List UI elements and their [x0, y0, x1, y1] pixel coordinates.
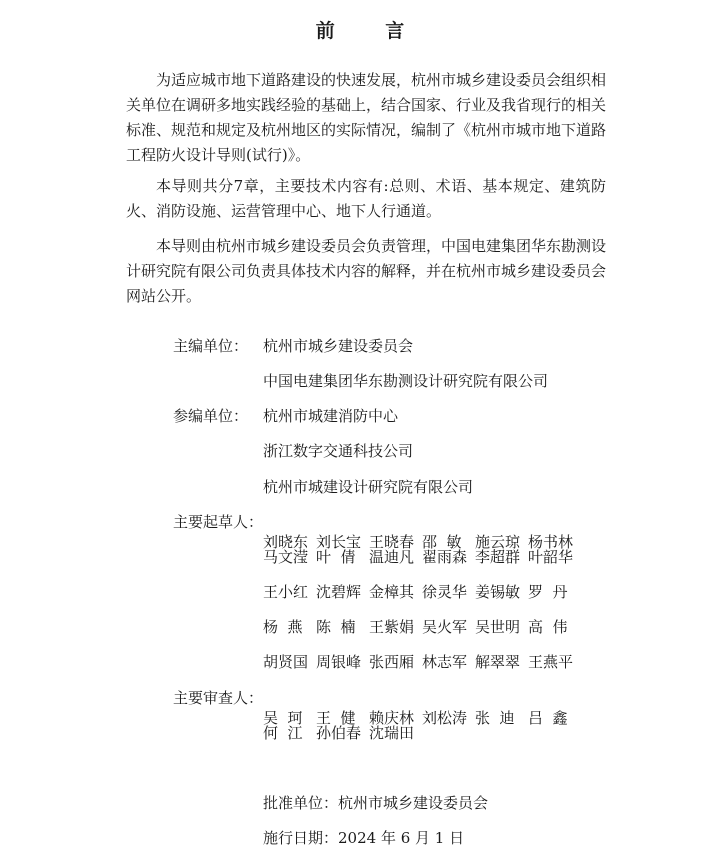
person-name: 马文滢 [263, 547, 316, 567]
participating-unit: 杭州市城建消防中心 [263, 406, 398, 426]
person-name: 吴世明 [475, 617, 528, 637]
preface-paragraph-3: 本导则由杭州市城乡建设委员会负责管理，中国电建集团华东勘测设计研究院有限公司负责… [126, 234, 606, 309]
person-name: 刘松涛 [422, 708, 475, 728]
person-name: 周银峰 [316, 652, 369, 672]
person-name: 解翠翠 [475, 652, 528, 672]
person-name: 王燕平 [528, 652, 581, 672]
person-name: 叶 倩 [316, 547, 369, 567]
person-name: 温迪凡 [369, 547, 422, 567]
person-name: 王紫娟 [369, 617, 422, 637]
person-name: 罗 丹 [528, 582, 581, 602]
chief-unit: 杭州市城乡建设委员会 [263, 336, 413, 356]
person-name: 徐灵华 [422, 582, 475, 602]
person-name: 王小红 [263, 582, 316, 602]
drafters-label: 主要起草人： [173, 512, 263, 532]
person-name: 李超群 [475, 547, 528, 567]
person-name: 孙伯春 [316, 723, 369, 743]
person-name: 叶韶华 [528, 547, 581, 567]
participating-units-row: 参编单位： 杭州市城建消防中心 [173, 406, 263, 426]
reviewers-row: 主要审查人：吴 珂王 健赖庆林刘松涛张 迪吕 鑫 [173, 688, 263, 708]
person-name: 翟雨森 [422, 547, 475, 567]
person-name: 金樟其 [369, 582, 422, 602]
reviewers-label: 主要审查人： [173, 688, 263, 708]
page-title: 前 言 [0, 16, 720, 43]
effective-date: 施行日期：2024 年 6 月 1 日 [263, 828, 464, 848]
person-name: 陈 楠 [316, 617, 369, 637]
preface-paragraph-1: 为适应城市地下道路建设的快速发展，杭州市城乡建设委员会组织相关单位在调研多地实践… [126, 68, 606, 168]
approval-unit: 批准单位：杭州市城乡建设委员会 [263, 793, 488, 813]
drafters-row: 主要起草人：刘晓东刘长宝王晓春邵 敏施云琼杨书林 [173, 512, 263, 532]
person-name: 胡贤国 [263, 652, 316, 672]
person-name: 吴火军 [422, 617, 475, 637]
person-name: 何 江 [263, 723, 316, 743]
person-name: 张 迪 [475, 708, 528, 728]
participating-units-label: 参编单位： [173, 406, 263, 426]
chief-units-label: 主编单位： [173, 336, 263, 356]
person-name: 沈瑞田 [369, 723, 422, 743]
participating-unit: 杭州市城建设计研究院有限公司 [263, 477, 473, 497]
preface-paragraph-2: 本导则共分7章，主要技术内容有:总则、术语、基本规定、建筑防火、消防设施、运营管… [126, 174, 606, 224]
participating-unit: 浙江数字交通科技公司 [263, 441, 413, 461]
chief-unit: 中国电建集团华东勘测设计研究院有限公司 [263, 371, 548, 391]
person-name: 林志军 [422, 652, 475, 672]
person-name: 吕 鑫 [528, 708, 581, 728]
person-name: 杨 燕 [263, 617, 316, 637]
person-name: 高 伟 [528, 617, 581, 637]
person-name: 沈碧辉 [316, 582, 369, 602]
chief-units-row: 主编单位： 杭州市城乡建设委员会 [173, 336, 263, 356]
person-name: 姜锡敏 [475, 582, 528, 602]
person-name: 张西厢 [369, 652, 422, 672]
